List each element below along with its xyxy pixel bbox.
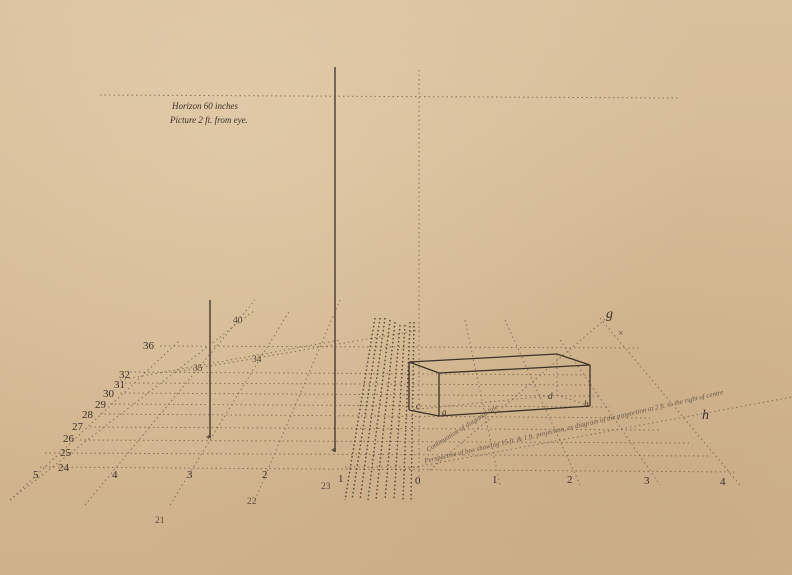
point-marker-x: × bbox=[618, 329, 623, 339]
point-label-b: b bbox=[584, 399, 589, 409]
below-label: 23 bbox=[321, 482, 331, 492]
ground-label: 5 bbox=[33, 469, 39, 481]
depth-label: 27 bbox=[72, 421, 84, 433]
depth-label: 28 bbox=[82, 409, 94, 421]
post-marker: * bbox=[331, 446, 337, 458]
title-line-1: Horizon 60 inches bbox=[171, 101, 238, 111]
converging-lines bbox=[345, 318, 419, 500]
ground-label: 1 bbox=[338, 473, 344, 485]
depth-label: 29 bbox=[95, 399, 107, 411]
ground-label: 3 bbox=[187, 469, 193, 481]
ground-label: 2 bbox=[262, 469, 268, 481]
perspective-drawing: * * bbox=[0, 0, 792, 575]
ground-label: 1 bbox=[492, 474, 498, 486]
horizon-line bbox=[100, 95, 680, 98]
ground-label: 0 bbox=[415, 475, 421, 487]
diagonal-label: 40 bbox=[233, 316, 243, 326]
below-label: 22 bbox=[247, 497, 257, 507]
point-label-g: g bbox=[606, 307, 613, 322]
depth-label: 24 bbox=[58, 462, 70, 474]
depth-label: 31 bbox=[114, 379, 125, 391]
below-label: 21 bbox=[155, 516, 165, 526]
depth-label: 26 bbox=[63, 433, 75, 445]
depth-label: 25 bbox=[60, 447, 72, 459]
point-label-h: h bbox=[702, 408, 709, 423]
depth-label: 36 bbox=[143, 340, 155, 352]
diagonal-label: 35 bbox=[193, 364, 203, 374]
ground-label: 4 bbox=[112, 469, 118, 481]
ground-label: 4 bbox=[720, 476, 726, 488]
title-line-2: Picture 2 ft. from eye. bbox=[169, 115, 248, 125]
point-label-d: d bbox=[548, 391, 553, 401]
point-label-a: a bbox=[442, 407, 447, 417]
ground-label: 2 bbox=[567, 474, 573, 486]
point-label-c: c bbox=[416, 401, 420, 411]
diagonal-label: 34 bbox=[252, 355, 262, 365]
ground-label: 3 bbox=[644, 475, 650, 487]
